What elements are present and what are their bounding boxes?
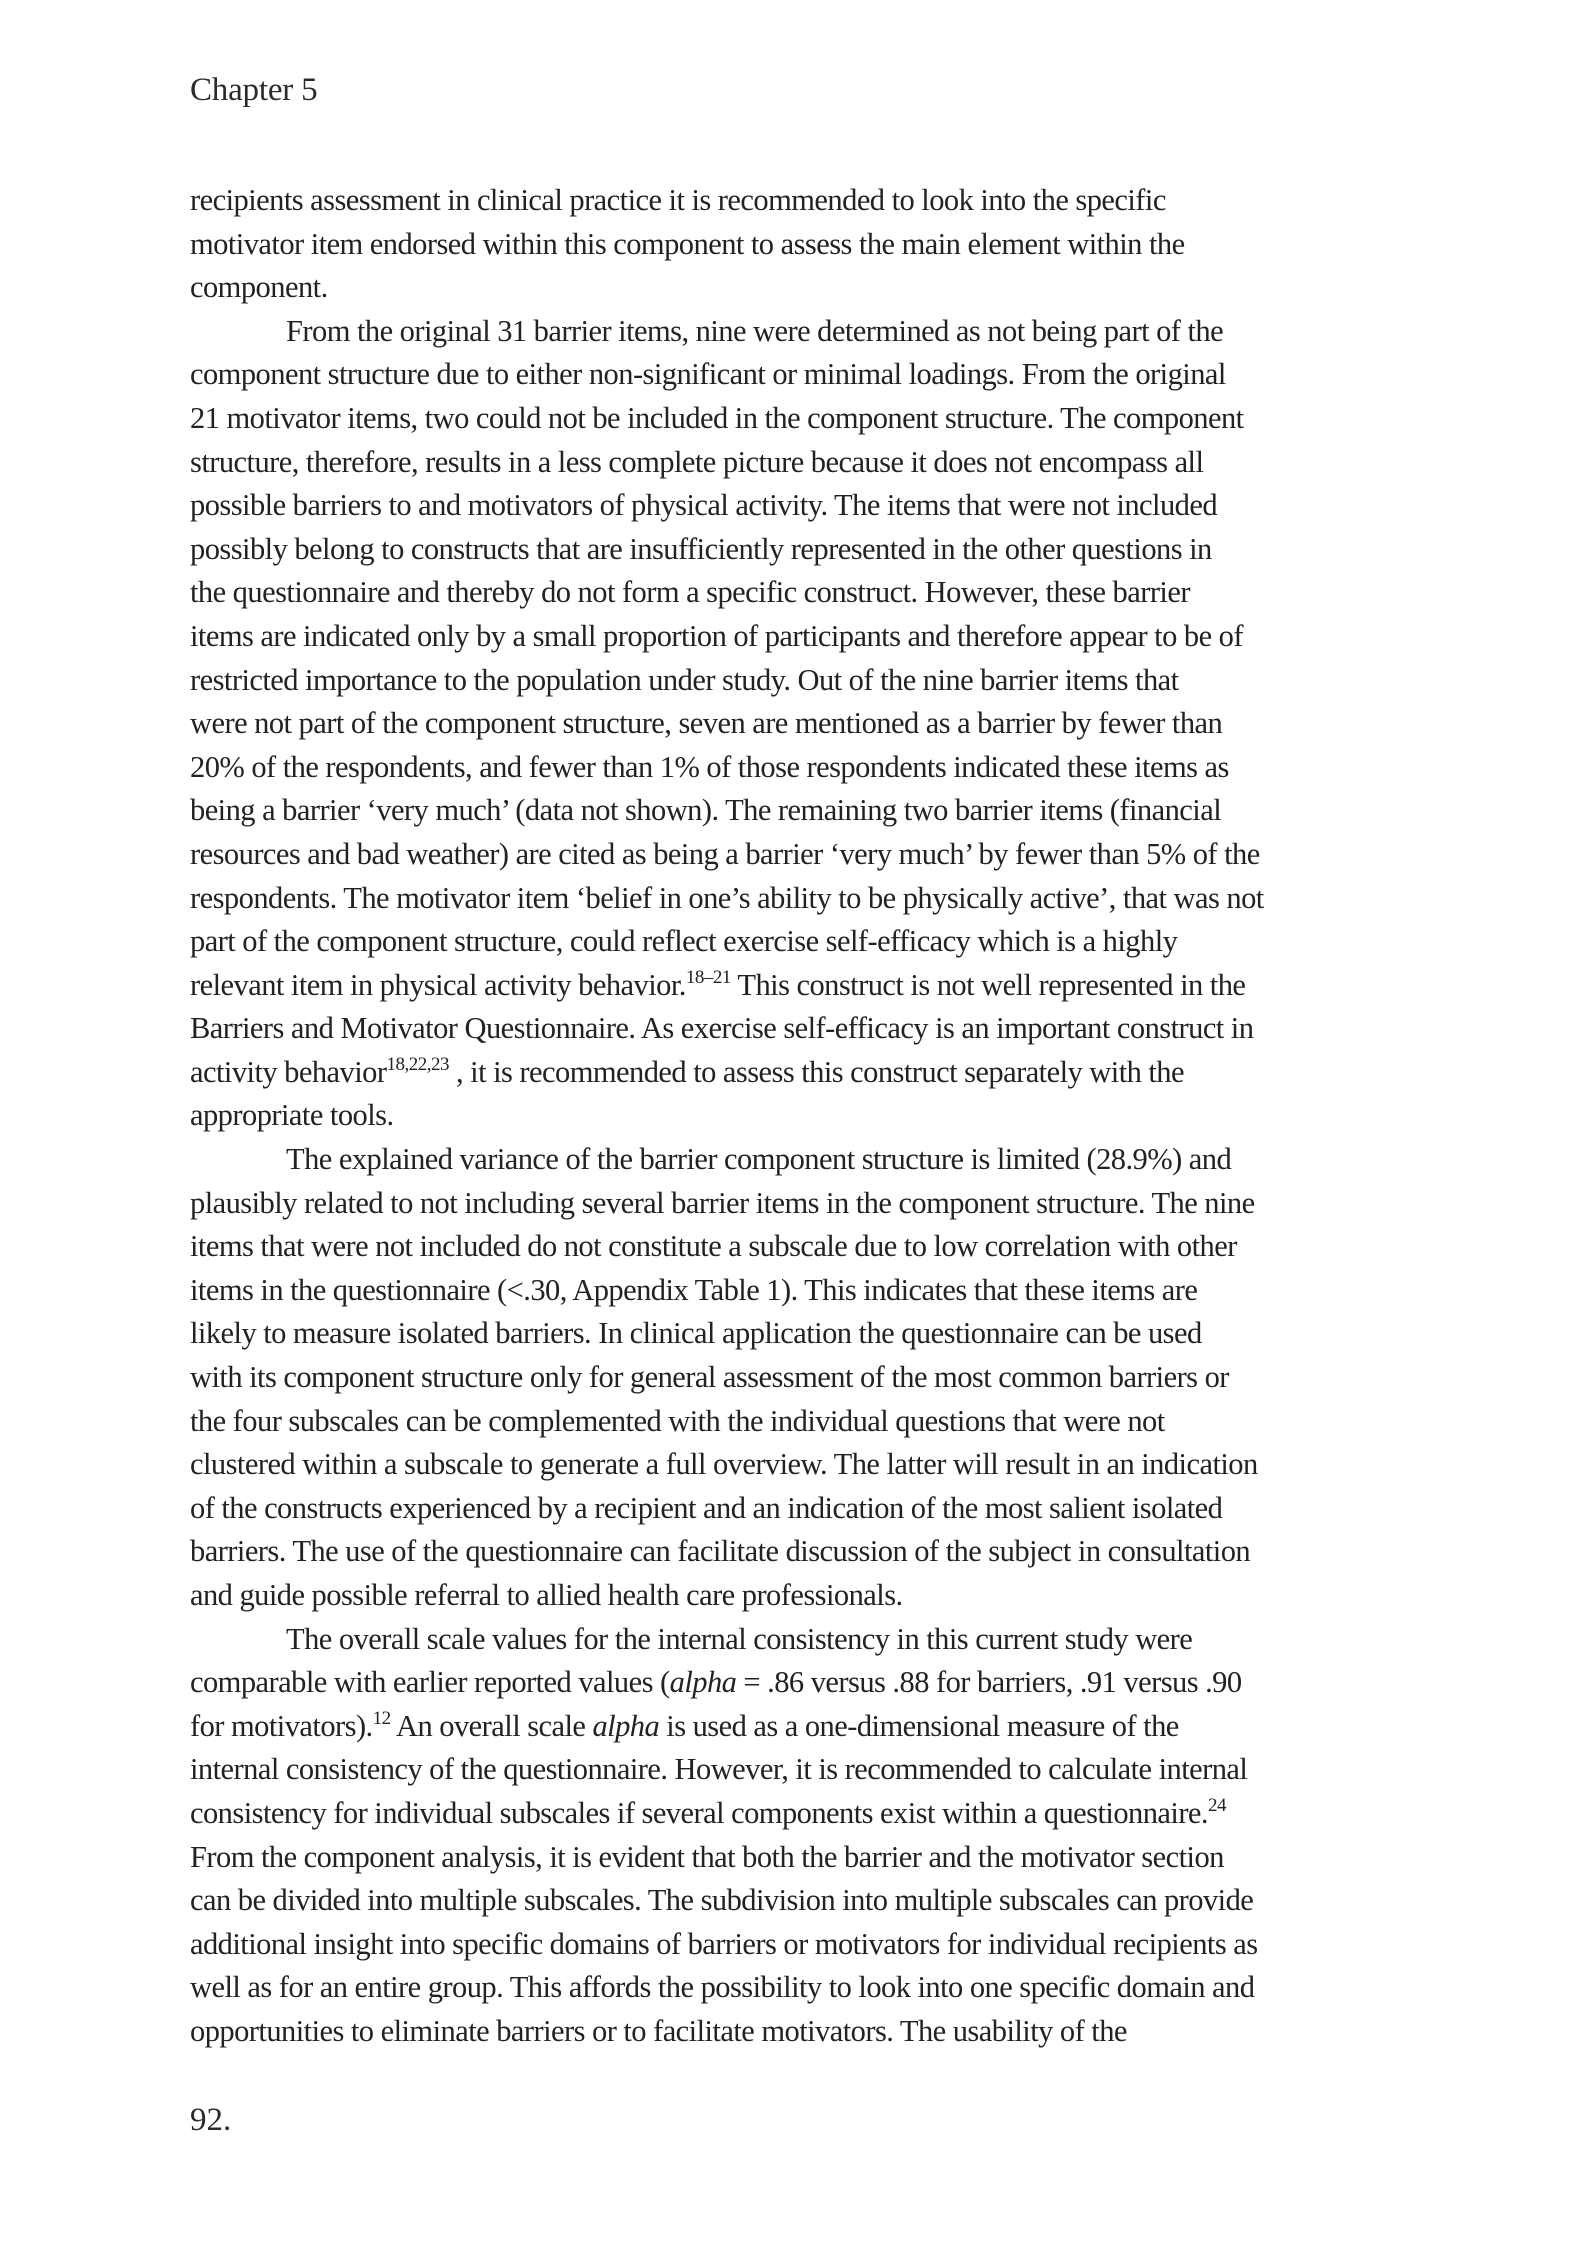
- text-segment: The explained variance of the barrier co…: [286, 1142, 1231, 1176]
- italic-term: alpha: [670, 1665, 737, 1699]
- text-line: possibly belong to constructs that are i…: [190, 528, 1410, 572]
- text-segment: additional insight into specific domains…: [190, 1927, 1258, 1961]
- text-line: respondents. The motivator item ‘belief …: [190, 877, 1410, 921]
- text-line: for motivators).12 An overall scale alph…: [190, 1705, 1410, 1749]
- text-segment: possibly belong to constructs that are i…: [190, 532, 1212, 566]
- text-segment: recipients assessment in clinical practi…: [190, 183, 1166, 217]
- text-segment: component.: [190, 270, 328, 304]
- text-segment: can be divided into multiple subscales. …: [190, 1883, 1253, 1917]
- text-line: items in the questionnaire (<.30, Append…: [190, 1269, 1410, 1313]
- citation-superscript: 12: [373, 1708, 391, 1729]
- text-segment: appropriate tools.: [190, 1098, 394, 1132]
- text-segment: for motivators).: [190, 1709, 373, 1743]
- text-line: clustered within a subscale to generate …: [190, 1443, 1410, 1487]
- text-segment: being a barrier ‘very much’ (data not sh…: [190, 793, 1221, 827]
- text-segment: activity behavior: [190, 1055, 386, 1089]
- text-line: Barriers and Motivator Questionnaire. As…: [190, 1007, 1410, 1051]
- paragraph: The explained variance of the barrier co…: [190, 1138, 1410, 1618]
- text-line: relevant item in physical activity behav…: [190, 964, 1410, 1008]
- text-line: component structure due to either non-si…: [190, 353, 1410, 397]
- text-line: were not part of the component structure…: [190, 702, 1410, 746]
- text-segment: 20% of the respondents, and fewer than 1…: [190, 750, 1229, 784]
- text-line: the questionnaire and thereby do not for…: [190, 571, 1410, 615]
- text-line: barriers. The use of the questionnaire c…: [190, 1530, 1410, 1574]
- text-segment: 21 motivator items, two could not be inc…: [190, 401, 1244, 435]
- text-segment: the questionnaire and thereby do not for…: [190, 575, 1190, 609]
- italic-term: alpha: [592, 1709, 659, 1743]
- paragraph: recipients assessment in clinical practi…: [190, 179, 1410, 310]
- text-segment: respondents. The motivator item ‘belief …: [190, 881, 1264, 915]
- text-line: 20% of the respondents, and fewer than 1…: [190, 746, 1410, 790]
- text-line: consistency for individual subscales if …: [190, 1792, 1410, 1836]
- text-segment: An overall scale: [391, 1709, 593, 1743]
- text-segment: well as for an entire group. This afford…: [190, 1970, 1254, 2004]
- text-line: structure, therefore, results in a less …: [190, 441, 1410, 485]
- text-line: The explained variance of the barrier co…: [190, 1138, 1410, 1182]
- text-line: the four subscales can be complemented w…: [190, 1400, 1410, 1444]
- text-segment: , it is recommended to assess this const…: [449, 1055, 1184, 1089]
- text-line: internal consistency of the questionnair…: [190, 1748, 1410, 1792]
- text-segment: and guide possible referral to allied he…: [190, 1578, 903, 1612]
- text-segment: of the constructs experienced by a recip…: [190, 1491, 1222, 1525]
- document-page: Chapter 5 recipients assessment in clini…: [0, 0, 1593, 2250]
- text-line: items that were not included do not cons…: [190, 1225, 1410, 1269]
- text-segment: clustered within a subscale to generate …: [190, 1447, 1258, 1481]
- text-segment: internal consistency of the questionnair…: [190, 1752, 1247, 1786]
- text-segment: resources and bad weather) are cited as …: [190, 837, 1260, 871]
- text-segment: This construct is not well represented i…: [731, 968, 1246, 1002]
- text-line: activity behavior18,22,23 , it is recomm…: [190, 1051, 1410, 1095]
- citation-superscript: 24: [1208, 1795, 1226, 1816]
- text-line: comparable with earlier reported values …: [190, 1661, 1410, 1705]
- text-line: can be divided into multiple subscales. …: [190, 1879, 1410, 1923]
- text-segment: the four subscales can be complemented w…: [190, 1404, 1165, 1438]
- text-segment: restricted importance to the population …: [190, 663, 1179, 697]
- text-line: opportunities to eliminate barriers or t…: [190, 2010, 1410, 2054]
- text-segment: From the component analysis, it is evide…: [190, 1840, 1224, 1874]
- text-segment: comparable with earlier reported values …: [190, 1665, 670, 1699]
- body-text: recipients assessment in clinical practi…: [190, 179, 1410, 2054]
- text-line: of the constructs experienced by a recip…: [190, 1487, 1410, 1531]
- text-line: motivator item endorsed within this comp…: [190, 223, 1410, 267]
- text-line: From the component analysis, it is evide…: [190, 1836, 1410, 1880]
- text-segment: relevant item in physical activity behav…: [190, 968, 686, 1002]
- text-segment: From the original 31 barrier items, nine…: [286, 314, 1223, 348]
- text-line: and guide possible referral to allied he…: [190, 1574, 1410, 1618]
- text-segment: items that were not included do not cons…: [190, 1229, 1237, 1263]
- text-line: The overall scale values for the interna…: [190, 1618, 1410, 1662]
- text-segment: consistency for individual subscales if …: [190, 1796, 1208, 1830]
- text-line: additional insight into specific domains…: [190, 1923, 1410, 1967]
- text-segment: Barriers and Motivator Questionnaire. As…: [190, 1011, 1253, 1045]
- text-segment: structure, therefore, results in a less …: [190, 445, 1203, 479]
- text-segment: with its component structure only for ge…: [190, 1360, 1229, 1394]
- paragraph: The overall scale values for the interna…: [190, 1618, 1410, 2054]
- text-segment: items in the questionnaire (<.30, Append…: [190, 1273, 1197, 1307]
- text-line: likely to measure isolated barriers. In …: [190, 1312, 1410, 1356]
- text-line: with its component structure only for ge…: [190, 1356, 1410, 1400]
- text-line: possible barriers to and motivators of p…: [190, 484, 1410, 528]
- text-line: resources and bad weather) are cited as …: [190, 833, 1410, 877]
- text-segment: = .86 versus .88 for barriers, .91 versu…: [736, 1665, 1241, 1699]
- text-segment: is used as a one-dimensional measure of …: [659, 1709, 1179, 1743]
- text-segment: opportunities to eliminate barriers or t…: [190, 2014, 1127, 2048]
- text-line: appropriate tools.: [190, 1094, 1410, 1138]
- text-segment: were not part of the component structure…: [190, 706, 1222, 740]
- page-number: 92.: [190, 2102, 231, 2139]
- text-segment: barriers. The use of the questionnaire c…: [190, 1534, 1250, 1568]
- text-segment: possible barriers to and motivators of p…: [190, 488, 1217, 522]
- text-segment: motivator item endorsed within this comp…: [190, 227, 1185, 261]
- text-line: 21 motivator items, two could not be inc…: [190, 397, 1410, 441]
- text-line: restricted importance to the population …: [190, 659, 1410, 703]
- citation-superscript: 18–21: [686, 967, 731, 988]
- text-line: recipients assessment in clinical practi…: [190, 179, 1410, 223]
- text-segment: component structure due to either non-si…: [190, 357, 1226, 391]
- text-segment: part of the component structure, could r…: [190, 924, 1177, 958]
- text-line: well as for an entire group. This afford…: [190, 1966, 1410, 2010]
- text-line: component.: [190, 266, 1410, 310]
- paragraph: From the original 31 barrier items, nine…: [190, 310, 1410, 1138]
- text-segment: likely to measure isolated barriers. In …: [190, 1316, 1202, 1350]
- text-segment: plausibly related to not including sever…: [190, 1186, 1255, 1220]
- text-line: part of the component structure, could r…: [190, 920, 1410, 964]
- text-line: plausibly related to not including sever…: [190, 1182, 1410, 1226]
- text-segment: The overall scale values for the interna…: [286, 1622, 1192, 1656]
- text-line: items are indicated only by a small prop…: [190, 615, 1410, 659]
- text-line: being a barrier ‘very much’ (data not sh…: [190, 789, 1410, 833]
- text-segment: items are indicated only by a small prop…: [190, 619, 1243, 653]
- citation-superscript: 18,22,23: [386, 1054, 449, 1075]
- running-head: Chapter 5: [190, 72, 317, 109]
- text-line: From the original 31 barrier items, nine…: [190, 310, 1410, 354]
